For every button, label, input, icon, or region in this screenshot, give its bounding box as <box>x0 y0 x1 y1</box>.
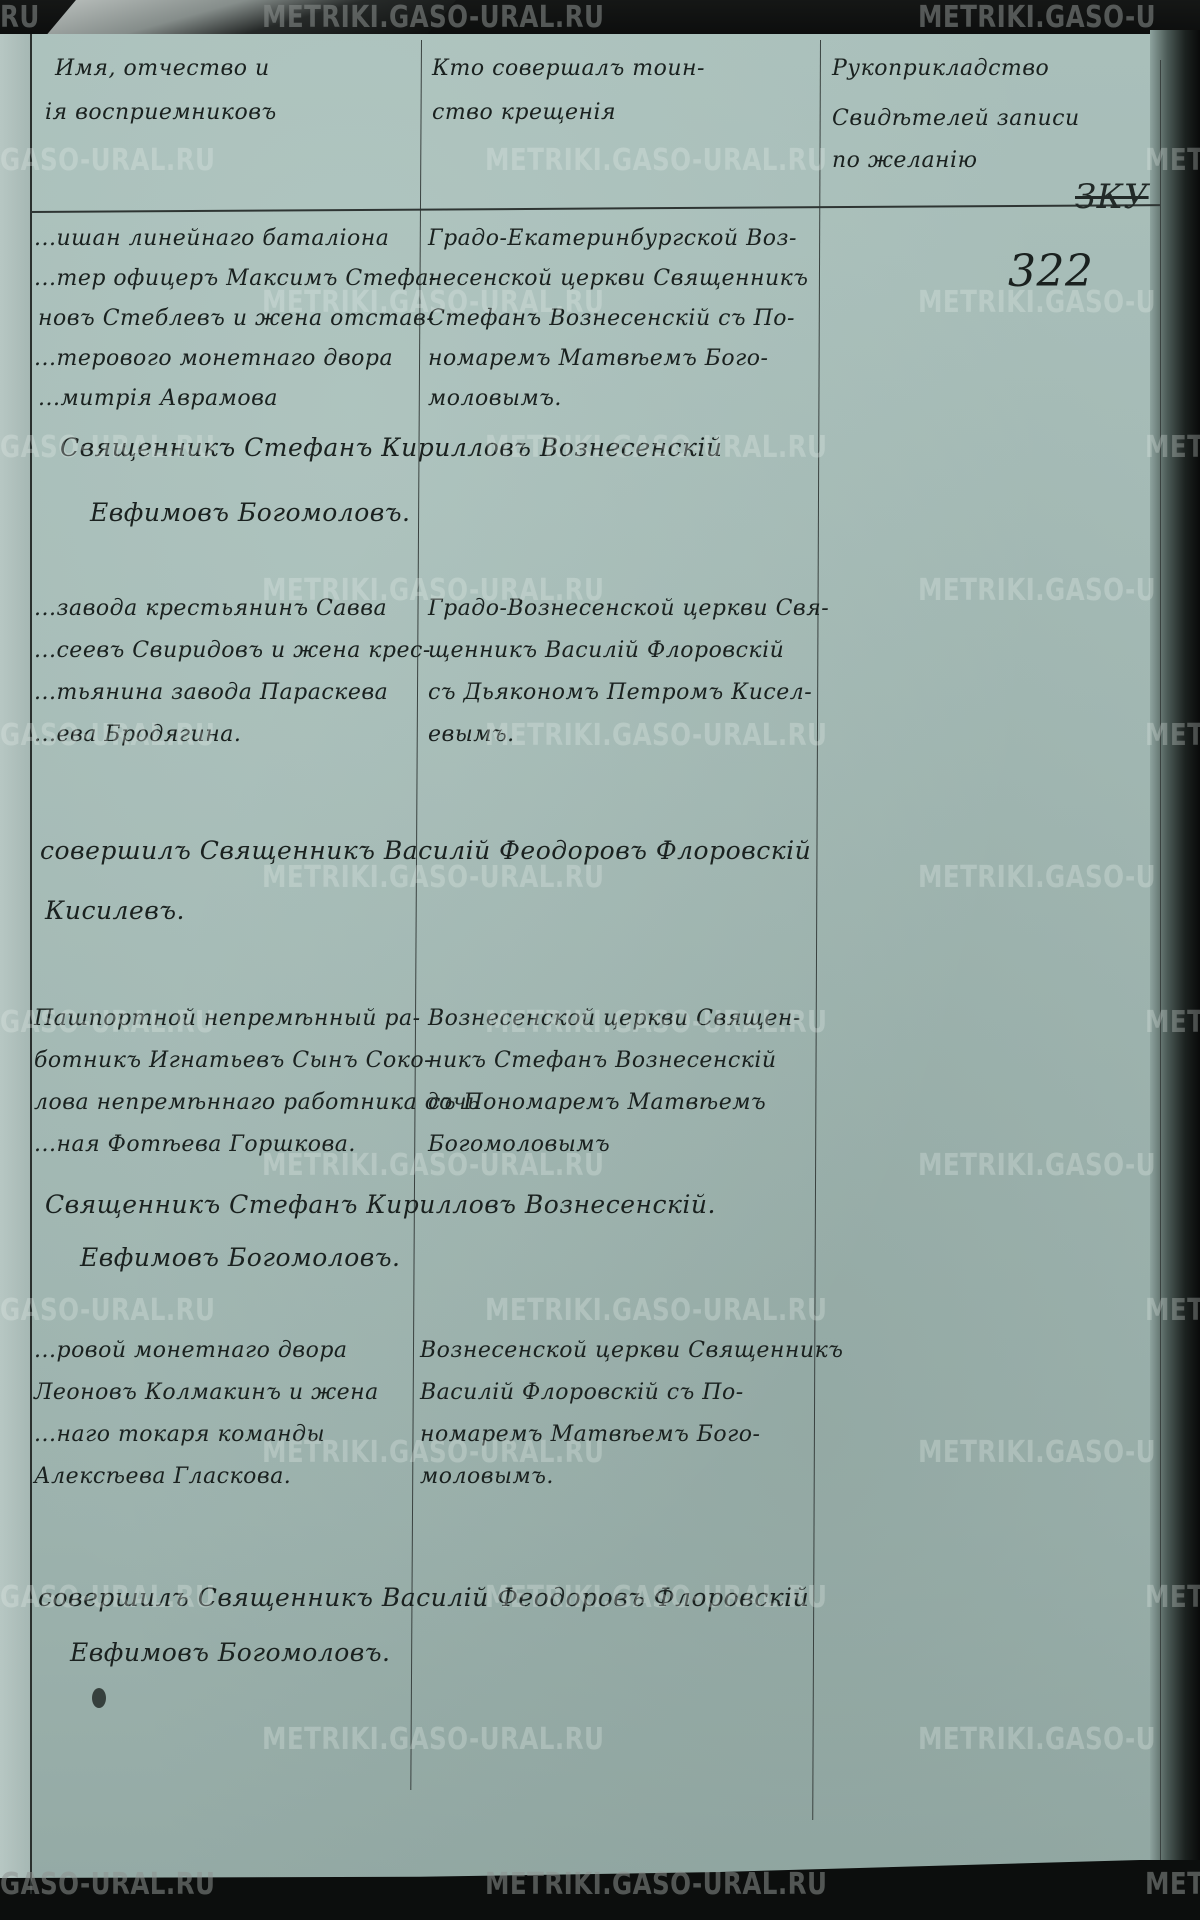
entry3-col1-line: лова непремѣннаго работника дочь <box>34 1092 480 1114</box>
entry4-signature2: Евфимовъ Богомоловъ. <box>70 1640 390 1665</box>
entry4-col2-line: Василій Флоровскій съ По- <box>420 1382 744 1404</box>
entry3-col2-line: Богомоловымъ <box>428 1134 610 1156</box>
entry1-col1-line: ...терового монетнаго двора <box>34 348 393 370</box>
header-col2-line1: Кто совершалъ тоин- <box>432 58 705 80</box>
header-col3-line2: Свидѣтелей записи <box>832 108 1080 130</box>
entry2-col2-line: съ Дьякономъ Петромъ Кисел- <box>428 682 812 704</box>
header-col2-line2: ство крещенія <box>432 102 616 124</box>
entry4-col2-line: Вознесенской церкви Священникъ <box>420 1340 843 1362</box>
entry4-col1-line: ...ровой монетнаго двора <box>34 1340 348 1362</box>
book-edge-right <box>1150 30 1200 1890</box>
entry3-col2-line: съ Пономаремъ Матвѣемъ <box>428 1092 766 1114</box>
entry1-col2-line: моловымъ. <box>428 388 562 410</box>
entry3-signature2: Евфимовъ Богомоловъ. <box>80 1245 400 1270</box>
entry4-col2-line: моловымъ. <box>420 1466 554 1488</box>
header-col3-line1: Рукоприкладство <box>832 58 1049 80</box>
entry2-col1-line: ...сеевъ Свиридовъ и жена крес- <box>34 640 431 662</box>
entry1-signature2: Евфимовъ Богомоловъ. <box>90 500 410 525</box>
entry2-col1-line: ...тьянина завода Параскева <box>34 682 388 704</box>
entry2-col1-line: ...ева Бродягина. <box>34 724 241 746</box>
entry4-col1-line: Леоновъ Колмакинъ и жена <box>34 1382 379 1404</box>
entry2-col1-line: ...завода крестьянинъ Савва <box>34 598 387 620</box>
entry3-col1-line: ...ная Фотѣева Горшкова. <box>34 1134 356 1156</box>
entry4-signature: совершилъ Священникъ Василій Феодоровъ Ф… <box>38 1585 809 1610</box>
entry1-col2-line: номаремъ Матвѣемъ Бого- <box>428 348 768 370</box>
entry2-signature: совершилъ Священникъ Василій Феодоровъ Ф… <box>40 838 811 863</box>
entry1-col2-line: несенской церкви Священникъ <box>428 268 808 290</box>
header-col3-line3: по желанію <box>832 150 977 172</box>
entry1-col2-line: Градо-Екатеринбургской Воз- <box>428 228 797 250</box>
entry2-col2-line: щенникъ Василій Флоровскій <box>428 640 784 662</box>
entry3-signature: Священникъ Стефанъ Кирилловъ Вознесенскі… <box>45 1192 716 1217</box>
entry4-col2-line: номаремъ Матвѣемъ Бого- <box>420 1424 760 1446</box>
entry2-col2-line: Градо-Вознесенской церкви Свя- <box>428 598 829 620</box>
entry3-col2-line: никъ Стефанъ Вознесенскій <box>428 1050 777 1072</box>
column-divider-3 <box>1160 60 1161 1860</box>
entry1-col1-line: ...ишан линейнаго баталіона <box>34 228 389 250</box>
entry2-col2-line: евымъ. <box>428 724 515 746</box>
entry2-signature2: Кисилевъ. <box>45 898 185 923</box>
binding-line <box>30 34 32 1894</box>
left-page-margin <box>0 34 30 1920</box>
entry3-col1-line: Пашпортной непремѣнный ра- <box>34 1008 421 1030</box>
entry3-col2-line: Вознесенской церкви Священ- <box>428 1008 801 1030</box>
entry1-col2-line: Стефанъ Вознесенскій съ По- <box>428 308 795 330</box>
entry3-col1-line: ботникъ Игнатьевъ Сынъ Соко- <box>34 1050 432 1072</box>
entry1-signature: Священникъ Стефанъ Кирилловъ Вознесенскі… <box>60 435 723 460</box>
header-col1-line1: Имя, отчество и <box>55 58 270 80</box>
entry4-col1-line: ...наго токаря команды <box>34 1424 325 1446</box>
folio-number: 322 <box>1008 250 1093 294</box>
entry4-col1-line: Алексѣева Гласкова. <box>34 1466 291 1488</box>
ink-blot <box>92 1688 106 1708</box>
header-col1-line2: ія восприемниковъ <box>45 102 277 124</box>
entry1-col1-line: новъ Стеблевъ и жена отстав- <box>38 308 434 330</box>
entry1-col1-line: ...тер офицеръ Максимъ Стефа- <box>34 268 437 290</box>
entry1-col1-line: ...митрія Аврамова <box>38 388 278 410</box>
folio-old-number: ЗКУ <box>1075 180 1149 214</box>
binder-strip <box>44 0 456 38</box>
